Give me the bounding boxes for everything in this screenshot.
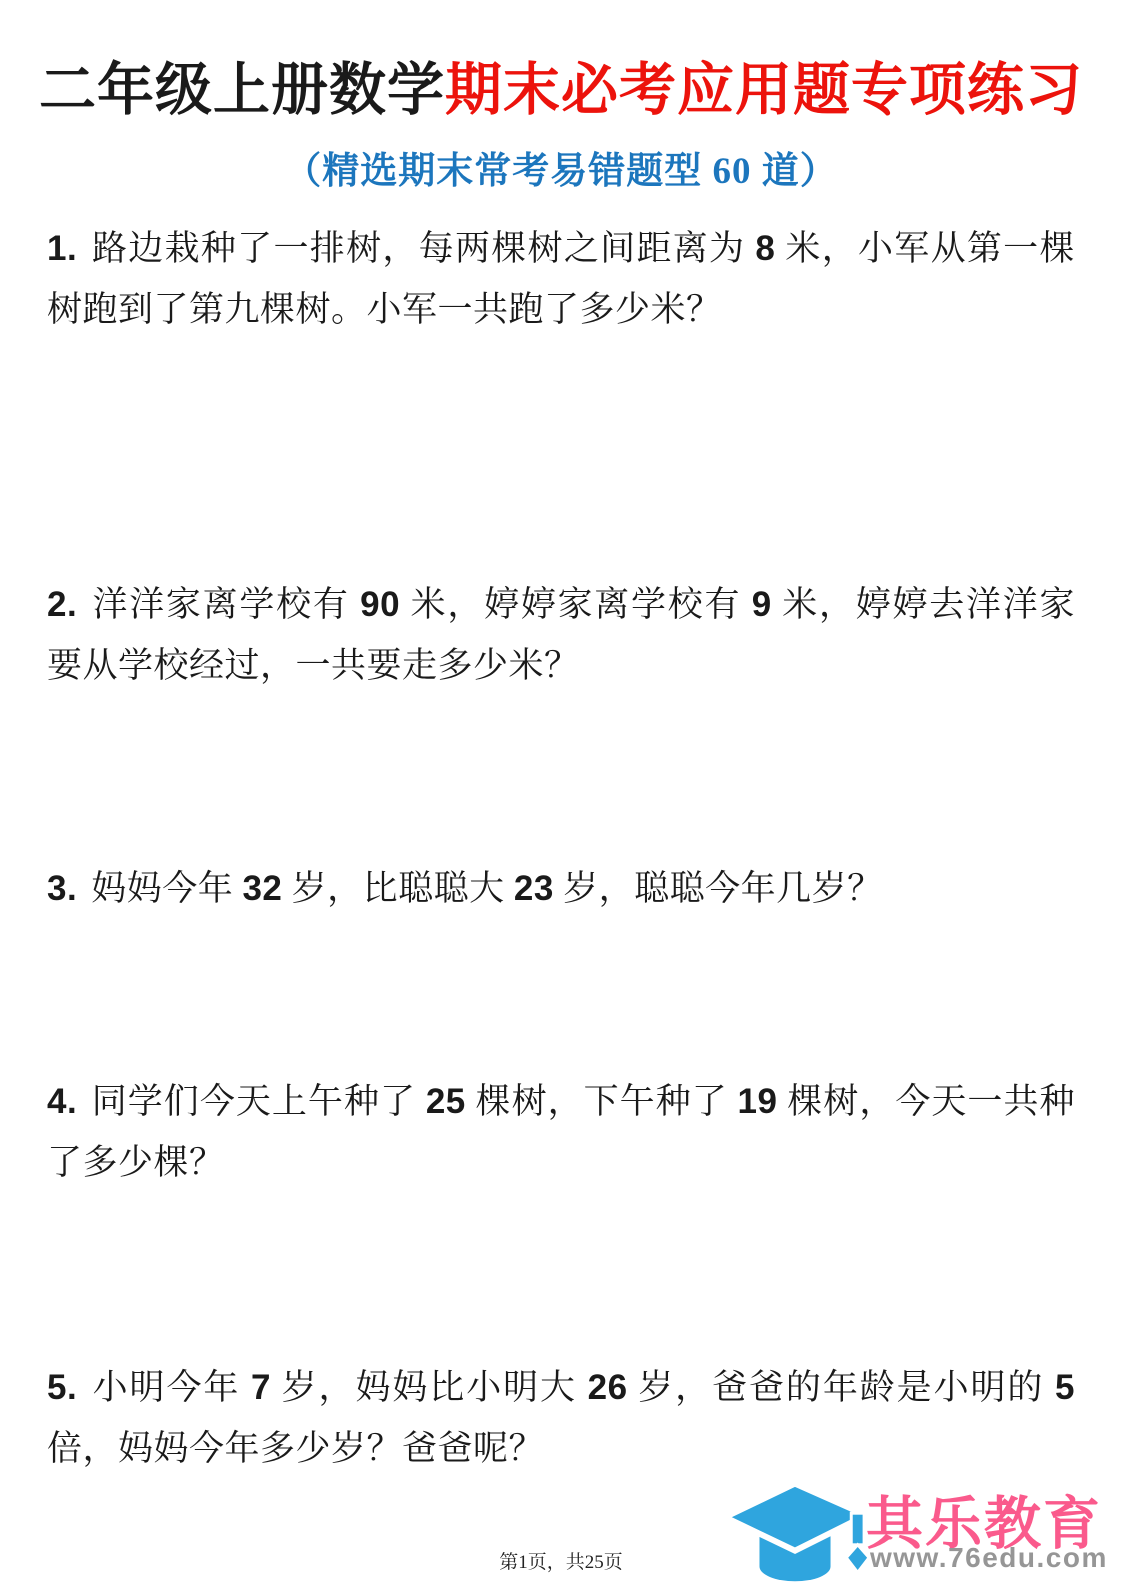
question-2-text: 洋洋家离学校有 90 米，婷婷家离学校有 9 米，婷婷去洋洋家要从学校经过，一共… xyxy=(47,585,1075,685)
question-3: 3.妈妈今年 32 岁，比聪聪大 23 岁，聪聪今年几岁？ xyxy=(47,858,1075,919)
question-2-number: 2. xyxy=(47,585,77,624)
question-4-text: 同学们今天上午种了 25 棵树，下午种了 19 棵树，今天一共种了多少棵？ xyxy=(47,1082,1075,1182)
page-title-red: 期末必考应用题专项练习 xyxy=(445,59,1083,122)
worksheet-page: 二年级上册数学期末必考应用题专项练习 （精选期末常考易错题型 60 道） 1.路… xyxy=(0,0,1122,1587)
question-5-text: 小明今年 7 岁，妈妈比小明大 26 岁，爸爸的年龄是小明的 5 倍，妈妈今年多… xyxy=(47,1368,1075,1468)
page-subtitle: （精选期末常考易错题型 60 道） xyxy=(0,140,1122,194)
question-1: 1.路边栽种了一排树，每两棵树之间距离为 8 米，小军从第一棵树跑到了第九棵树。… xyxy=(47,218,1075,340)
question-1-number: 1. xyxy=(47,229,77,268)
page-title: 二年级上册数学期末必考应用题专项练习 xyxy=(0,44,1122,126)
question-4-number: 4. xyxy=(47,1082,77,1121)
page-title-black: 二年级上册数学 xyxy=(39,59,445,122)
question-2: 2.洋洋家离学校有 90 米，婷婷家离学校有 9 米，婷婷去洋洋家要从学校经过，… xyxy=(47,574,1075,696)
question-4: 4.同学们今天上午种了 25 棵树，下午种了 19 棵树，今天一共种了多少棵？ xyxy=(47,1071,1075,1193)
question-5-number: 5. xyxy=(47,1368,77,1407)
graduation-cap-icon xyxy=(722,1472,870,1586)
brand-url: www.76edu.com xyxy=(870,1542,1108,1574)
question-3-text: 妈妈今年 32 岁，比聪聪大 23 岁，聪聪今年几岁？ xyxy=(91,869,882,908)
brand-logo: 其乐教育 www.76edu.com xyxy=(718,1458,1122,1587)
question-1-text: 路边栽种了一排树，每两棵树之间距离为 8 米，小军从第一棵树跑到了第九棵树。小军… xyxy=(47,229,1075,329)
question-3-number: 3. xyxy=(47,869,77,908)
